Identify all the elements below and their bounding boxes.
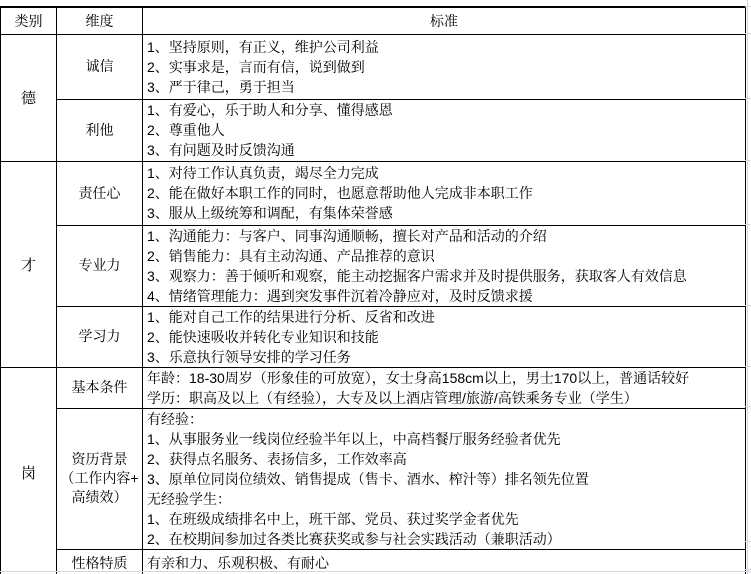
table-row: 利他 1、有爱心，乐于助人和分享、懂得感恩 2、尊重他人 3、有问题及时反馈沟通: [1, 99, 746, 161]
standard-cell-zili-beijing: 有经验： 1、从事服务业一线岗位经验半年以上，中高档餐厅服务经验者优先 2、获得…: [143, 408, 746, 549]
standard-cell-chengxin: 1、坚持原则，有正义，维护公司利益 2、实事求是，言而有信，说到做到 3、严于律…: [143, 34, 746, 99]
header-standard: 标准: [143, 7, 746, 34]
standard-cell-lita: 1、有爱心，乐于助人和分享、懂得感恩 2、尊重他人 3、有问题及时反馈沟通: [143, 99, 746, 161]
table-row: 才 责任心 1、对待工作认真负责，竭尽全力完成 2、能在做好本职工作的同时，也愿…: [1, 161, 746, 225]
header-category: 类别: [1, 7, 57, 34]
standard-cell-jiben-tiaojian: 年龄：18-30周岁（形象佳的可放宽），女士身高158cm以上，男士170以上，…: [143, 367, 746, 408]
gridline-stub: [745, 305, 751, 306]
gridline-bottom: [0, 571, 751, 572]
category-cell-gang: 岗: [1, 367, 57, 574]
gridline-stub: [745, 6, 751, 7]
gridline-vertical: [747, 0, 748, 574]
dimension-cell-lita: 利他: [57, 99, 143, 161]
gridline-stub: [745, 569, 751, 570]
table-row: 资历背景 （工作内容+ 高绩效） 有经验： 1、从事服务业一线岗位经验半年以上，…: [1, 408, 746, 549]
standards-table: 类别 维度 标准 德 诚信 1、坚持原则，有正义，维护公司利益 2、实事求是，言…: [0, 6, 746, 574]
dimension-cell-zhuanyeli: 专业力: [57, 225, 143, 306]
category-cell-cai: 才: [1, 161, 57, 367]
dimension-cell-xuexili: 学习力: [57, 306, 143, 367]
gridline-stub: [745, 366, 751, 367]
table-row: 岗 基本条件 年龄：18-30周岁（形象佳的可放宽），女士身高158cm以上，男…: [1, 367, 746, 408]
table-row: 专业力 1、沟通能力：与客户、同事沟通顺畅，擅长对产品和活动的介绍 2、销售能力…: [1, 225, 746, 306]
header-row: 类别 维度 标准: [1, 7, 746, 34]
gridline-stub: [745, 224, 751, 225]
category-cell-de: 德: [1, 34, 57, 161]
table-row: 学习力 1、能对自己工作的结果进行分析、反省和改进 2、能快速吸收并转化专业知识…: [1, 306, 746, 367]
dimension-cell-zerenxin: 责任心: [57, 161, 143, 225]
gridline-stub: [745, 541, 751, 542]
gridline-stub: [745, 33, 751, 34]
spreadsheet-page: 类别 维度 标准 德 诚信 1、坚持原则，有正义，维护公司利益 2、实事求是，言…: [0, 0, 751, 574]
gridline-stub: [745, 160, 751, 161]
standard-cell-xuexili: 1、能对自己工作的结果进行分析、反省和改进 2、能快速吸收并转化专业知识和技能 …: [143, 306, 746, 367]
standard-cell-zhuanyeli: 1、沟通能力：与客户、同事沟通顺畅，擅长对产品和活动的介绍 2、销售能力：具有主…: [143, 225, 746, 306]
dimension-cell-jiben-tiaojian: 基本条件: [57, 367, 143, 408]
table-row: 德 诚信 1、坚持原则，有正义，维护公司利益 2、实事求是，言而有信，说到做到 …: [1, 34, 746, 99]
header-dimension: 维度: [57, 7, 143, 34]
gridline-stub: [745, 98, 751, 99]
dimension-cell-zili-beijing: 资历背景 （工作内容+ 高绩效）: [57, 408, 143, 549]
dimension-cell-chengxin: 诚信: [57, 34, 143, 99]
gridline-stub: [745, 406, 751, 407]
standard-cell-zerenxin: 1、对待工作认真负责，竭尽全力完成 2、能在做好本职工作的同时，也愿意帮助他人完…: [143, 161, 746, 225]
